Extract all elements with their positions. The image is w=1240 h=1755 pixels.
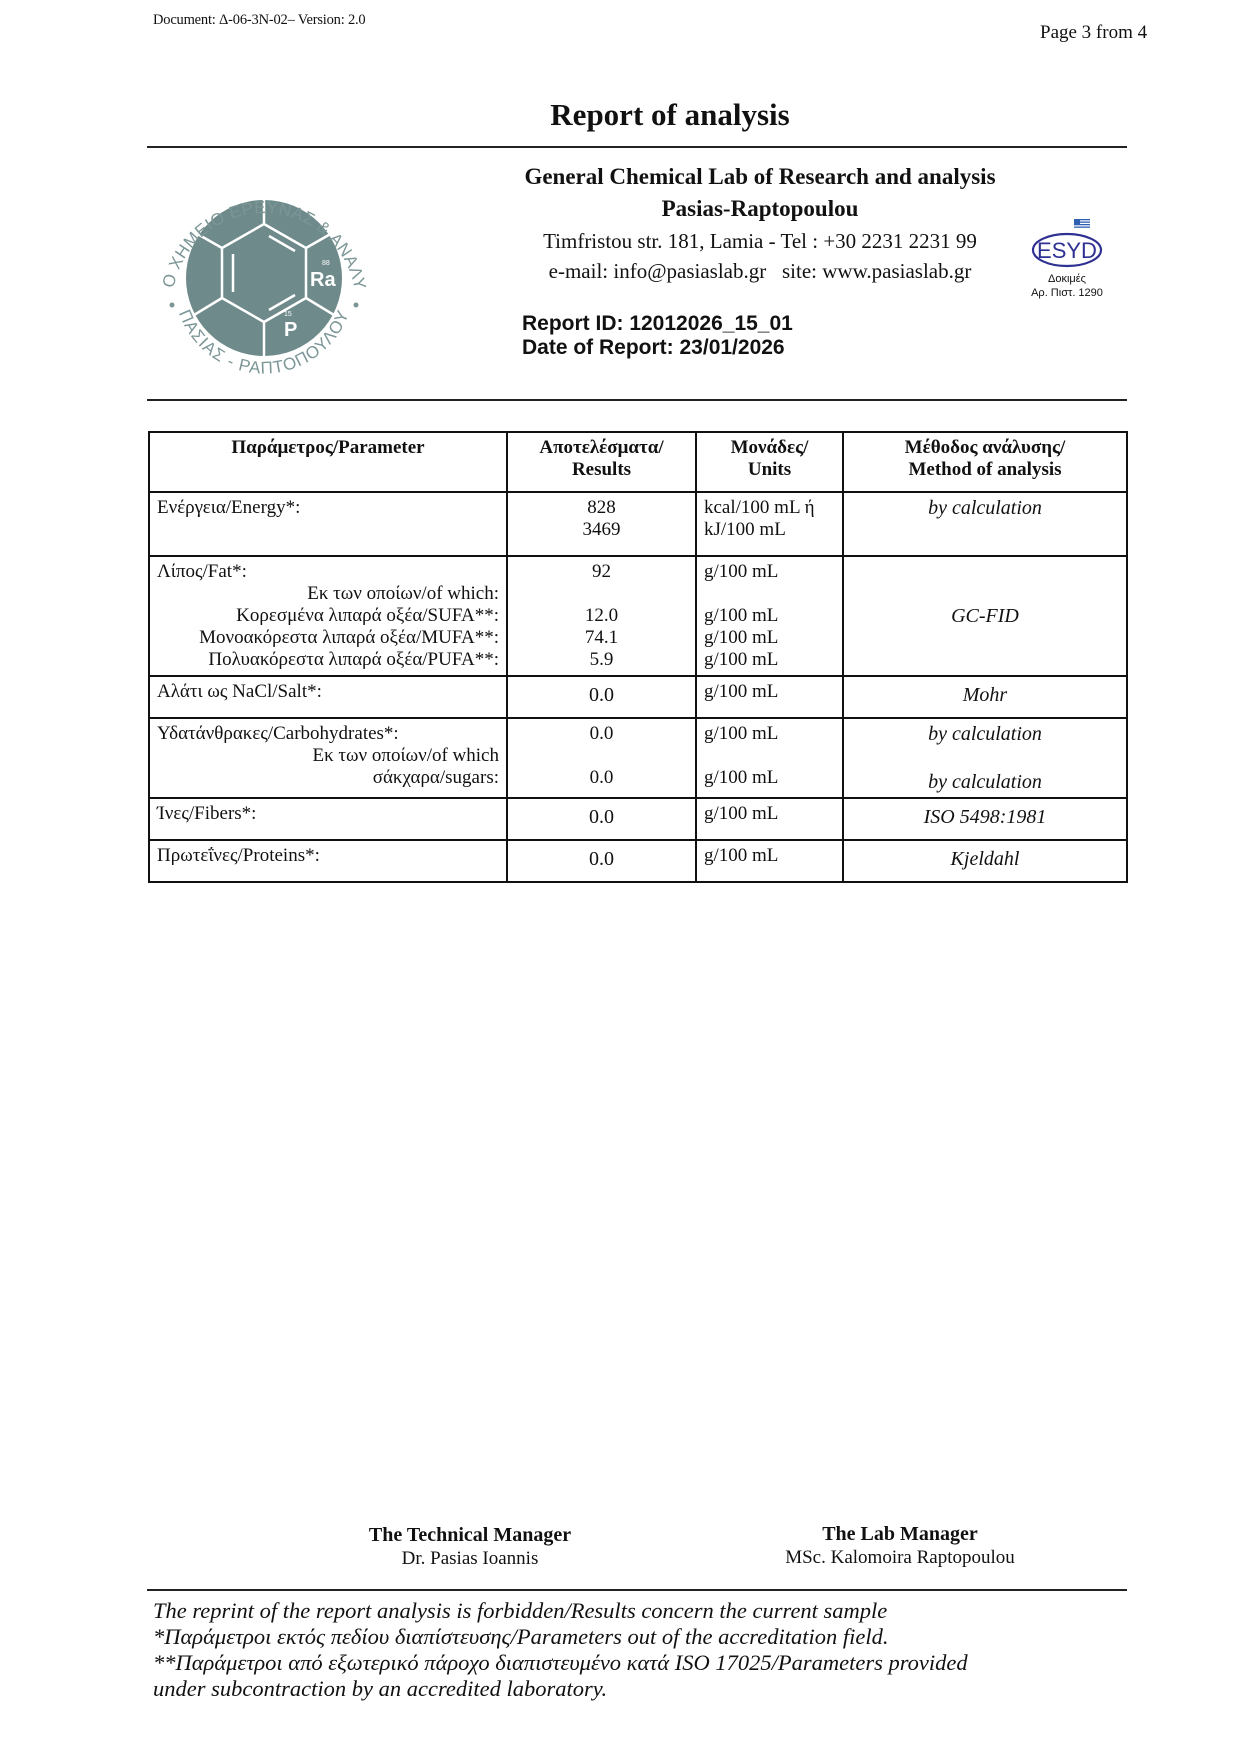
- footer-subcontract-note: **Παράμετροι από εξωτερικό πάροχο διαπισ…: [153, 1650, 1133, 1676]
- result-salt: 0.0: [507, 676, 696, 718]
- signature-lab-manager: The Lab Manager MSc. Kalomoira Raptopoul…: [730, 1523, 1070, 1569]
- param-sugars: σάκχαρα/sugars:: [157, 767, 499, 789]
- lab-name: General Chemical Lab of Research and ana…: [440, 164, 1080, 190]
- signature-name: MSc. Kalomoira Raptopoulou: [785, 1547, 1015, 1568]
- result-fibers: 0.0: [507, 798, 696, 840]
- page-number: Page 3 from 4: [1040, 22, 1147, 44]
- signature-technical-manager: The Technical Manager Dr. Pasias Ioannis: [300, 1524, 640, 1570]
- signature-role: The Technical Manager: [300, 1524, 640, 1547]
- param-mufa: Μονοακόρεστα λιπαρά οξέα/MUFA**:: [157, 627, 499, 649]
- results-table: Παράμετρος/Parameter Αποτελέσματα/ Resul…: [148, 431, 1128, 883]
- lab-subname: Pasias-Raptopoulou: [440, 196, 1080, 222]
- svg-text:15: 15: [284, 311, 292, 318]
- param-proteins: Πρωτεΐνες/Proteins*:: [149, 840, 507, 882]
- svg-text:Ra: Ra: [310, 269, 336, 291]
- table-header-row: Παράμετρος/Parameter Αποτελέσματα/ Resul…: [149, 432, 1127, 492]
- footer-accreditation-note: *Παράμετροι εκτός πεδίου διαπίστευσης/Pa…: [153, 1624, 1133, 1650]
- col-header-parameter: Παράμετρος/Parameter: [149, 432, 507, 492]
- method-energy: by calculation: [843, 492, 1127, 556]
- col-header-results: Αποτελέσματα/ Results: [507, 432, 696, 492]
- unit-salt: g/100 mL: [696, 676, 843, 718]
- svg-text:ESYD: ESYD: [1037, 238, 1097, 263]
- param-sufa: Κορεσμένα λιπαρά οξέα/SUFA**:: [157, 605, 499, 627]
- esyd-logo-icon: ESYD: [1030, 218, 1104, 268]
- param-fat: Λίπος/Fat*: Εκ των οποίων/of which: Κορε…: [149, 556, 507, 676]
- lab-address: Timfristou str. 181, Lamia - Tel : +30 2…: [440, 229, 1080, 254]
- accreditation-number: Αρ. Πιστ. 1290: [1022, 286, 1112, 300]
- svg-text:P: P: [284, 319, 297, 341]
- table-row-fat: Λίπος/Fat*: Εκ των οποίων/of which: Κορε…: [149, 556, 1127, 676]
- footer-reprint-note: The reprint of the report analysis is fo…: [153, 1598, 1133, 1624]
- signature-role: The Lab Manager: [730, 1523, 1070, 1546]
- table-row-energy: Ενέργεια/Energy*: 828 3469 kcal/100 mL ή…: [149, 492, 1127, 556]
- svg-text:88: 88: [322, 260, 330, 267]
- param-salt: Αλάτι ως NaCl/Salt*:: [149, 676, 507, 718]
- result-proteins: 0.0: [507, 840, 696, 882]
- method-proteins: Kjeldahl: [843, 840, 1127, 882]
- greek-flag-icon: [1074, 219, 1090, 230]
- page-title: Report of analysis: [0, 97, 1240, 133]
- param-energy: Ενέργεια/Energy*:: [149, 492, 507, 556]
- report-id: Report ID: 12012026_15_01: [522, 312, 793, 336]
- col-header-method: Μέθοδος ανάλυσης/ Method of analysis: [843, 432, 1127, 492]
- method-salt: Mohr: [843, 676, 1127, 718]
- report-date: Date of Report: 23/01/2026: [522, 336, 785, 360]
- document-reference: Document: Δ-06-3N-02– Version: 2.0: [153, 12, 365, 29]
- method-fat: GC-FID: [843, 556, 1127, 676]
- method-carbohydrates: by calculation by calculation: [843, 718, 1127, 798]
- unit-energy: kcal/100 mL ή kJ/100 mL: [696, 492, 843, 556]
- table-row-fibers: Ίνες/Fibers*: 0.0 g/100 mL ISO 5498:1981: [149, 798, 1127, 840]
- unit-carbohydrates: g/100 mL g/100 mL: [696, 718, 843, 798]
- signature-name: Dr. Pasias Ioannis: [402, 1548, 539, 1569]
- param-fibers: Ίνες/Fibers*:: [149, 798, 507, 840]
- divider-footer: [147, 1589, 1127, 1591]
- benzene-logo-icon: 88 Ra 15 P ΓΕΝΙΚΟ ΧΗΜΕΙΟ ΕΡΕΥΝΑΣ & ΑΝΑΛΥ…: [148, 160, 380, 392]
- unit-proteins: g/100 mL: [696, 840, 843, 882]
- unit-fat: g/100 mL g/100 mL g/100 mL g/100 mL: [696, 556, 843, 676]
- divider-top: [147, 146, 1127, 148]
- accreditation-type: Δοκιμές: [1022, 272, 1112, 286]
- unit-fibers: g/100 mL: [696, 798, 843, 840]
- result-energy: 828 3469: [507, 492, 696, 556]
- col-header-units: Μονάδες/ Units: [696, 432, 843, 492]
- table-row-carbohydrates: Υδατάνθρακες/Carbohydrates*: Εκ των οποί…: [149, 718, 1127, 798]
- method-fibers: ISO 5498:1981: [843, 798, 1127, 840]
- lab-logo: 88 Ra 15 P ΓΕΝΙΚΟ ΧΗΜΕΙΟ ΕΡΕΥΝΑΣ & ΑΝΑΛΥ…: [148, 160, 380, 392]
- divider-header: [147, 399, 1127, 401]
- result-fat: 92 12.0 74.1 5.9: [507, 556, 696, 676]
- param-carbohydrates: Υδατάνθρακες/Carbohydrates*: Εκ των οποί…: [149, 718, 507, 798]
- result-carbohydrates: 0.0 0.0: [507, 718, 696, 798]
- table-row-proteins: Πρωτεΐνες/Proteins*: 0.0 g/100 mL Kjelda…: [149, 840, 1127, 882]
- table-row-salt: Αλάτι ως NaCl/Salt*: 0.0 g/100 mL Mohr: [149, 676, 1127, 718]
- param-pufa: Πολυακόρεστα λιπαρά οξέα/PUFA**:: [157, 649, 499, 671]
- lab-contact: e-mail: info@pasiaslab.gr site: www.pasi…: [440, 259, 1080, 284]
- footer-subcontract-note-cont: under subcontraction by an accredited la…: [153, 1676, 1133, 1702]
- footer-notes: The reprint of the report analysis is fo…: [153, 1598, 1133, 1702]
- accreditation-badge: ESYD Δοκιμές Αρ. Πιστ. 1290: [1022, 218, 1112, 300]
